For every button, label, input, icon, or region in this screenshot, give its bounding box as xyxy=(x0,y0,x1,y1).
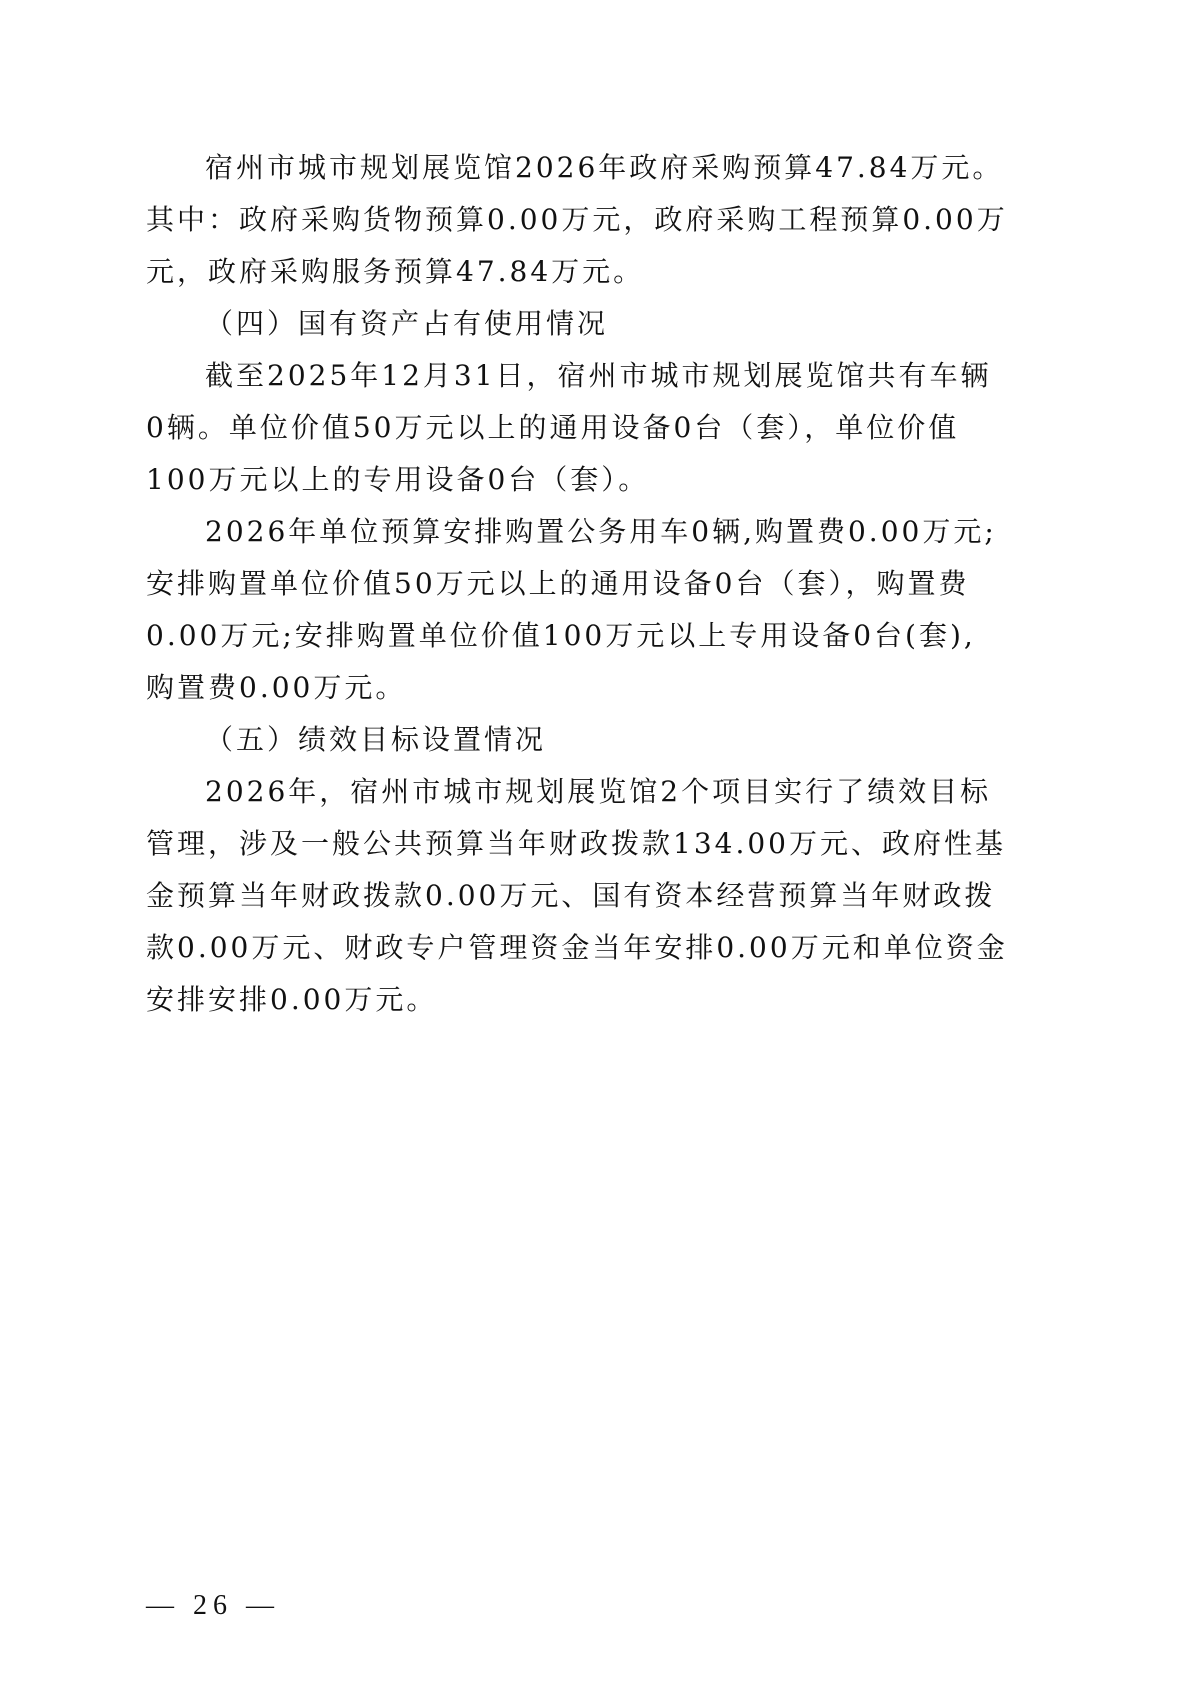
paragraph-line: 金预算当年财政拨款0.00万元、国有资本经营预算当年财政拨 xyxy=(146,868,1026,924)
paragraph-line: 其中：政府采购货物预算0.00万元，政府采购工程预算0.00万 xyxy=(146,192,1026,248)
paragraph-line: 截至2025年12月31日，宿州市城市规划展览馆共有车辆 xyxy=(205,348,1085,404)
paragraph-line: 0辆。单位价值50万元以上的通用设备0台（套），单位价值 xyxy=(146,400,1026,456)
section-heading-5: （五）绩效目标设置情况 xyxy=(205,712,1085,768)
paragraph-line: 款0.00万元、财政专户管理资金当年安排0.00万元和单位资金 xyxy=(146,920,1026,976)
paragraph-line: 安排购置单位价值50万元以上的通用设备0台（套），购置费 xyxy=(146,556,1026,612)
paragraph-line: 管理，涉及一般公共预算当年财政拨款134.00万元、政府性基 xyxy=(146,816,1026,872)
paragraph-line: 2026年单位预算安排购置公务用车0辆,购置费0.00万元; xyxy=(205,504,1085,560)
paragraph-line: 宿州市城市规划展览馆2026年政府采购预算47.84万元。 xyxy=(205,140,1085,196)
paragraph-line: 购置费0.00万元。 xyxy=(146,660,1026,716)
page-number: — 26 — xyxy=(146,1590,280,1622)
paragraph-line: 安排安排0.00万元。 xyxy=(146,972,1026,1028)
paragraph-line: 元，政府采购服务预算47.84万元。 xyxy=(146,244,1026,300)
paragraph-line: 2026年，宿州市城市规划展览馆2个项目实行了绩效目标 xyxy=(205,764,1085,820)
section-heading-4: （四）国有资产占有使用情况 xyxy=(205,296,1085,352)
paragraph-line: 0.00万元;安排购置单位价值100万元以上专用设备0台(套), xyxy=(146,608,1026,664)
paragraph-line: 100万元以上的专用设备0台（套）。 xyxy=(146,452,1026,508)
